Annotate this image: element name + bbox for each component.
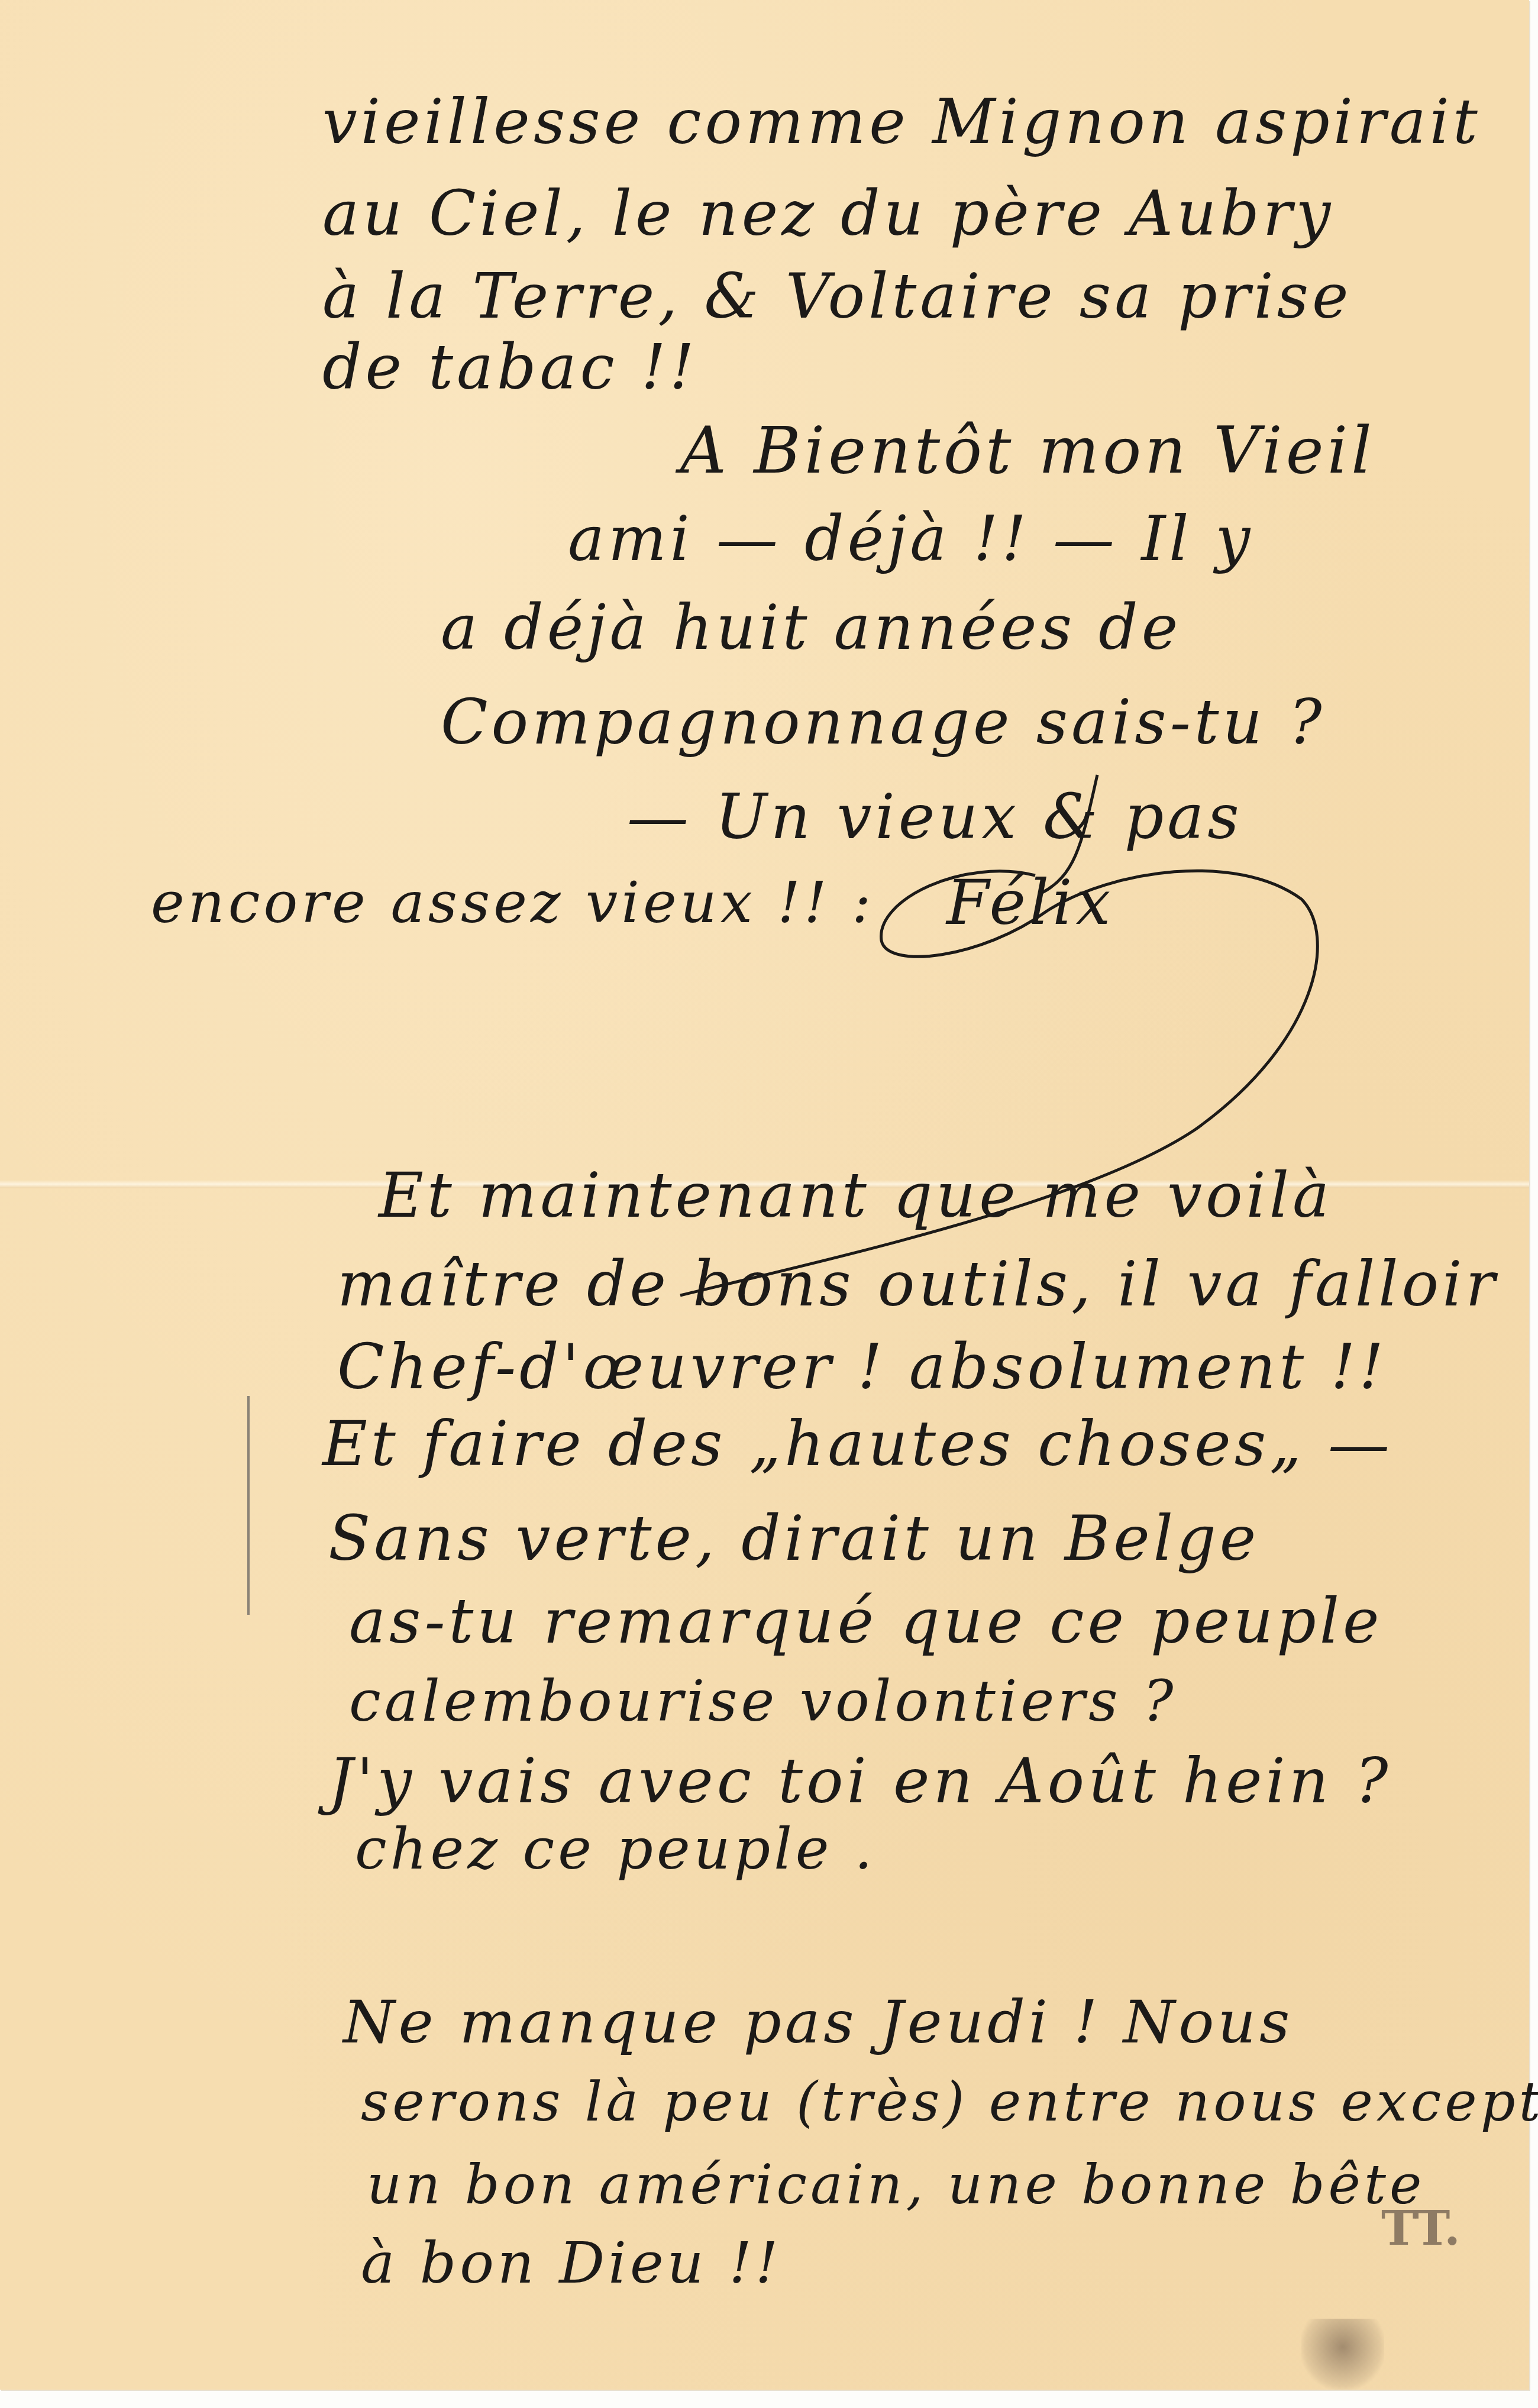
ink-smudge — [1301, 2319, 1384, 2390]
letter-line: maître de bons outils, il va falloir — [337, 1248, 1498, 1320]
letter-line: encore assez vieux !! : — [151, 870, 874, 936]
letter-line: à bon Dieu !! — [361, 2230, 781, 2296]
letter-line: a déjà huit années de — [441, 592, 1181, 664]
letter-line: — Un vieux & pas — [627, 781, 1243, 853]
letter-line: vieillesse comme Mignon aspirait — [322, 86, 1481, 158]
letter-line: as-tu remarqué que ce peuple — [349, 1585, 1383, 1657]
signature: Félix — [946, 867, 1114, 939]
letter-line: calembourise volontiers ? — [349, 1668, 1177, 1734]
letter-line: ami — déjà !! — Il y — [568, 503, 1253, 575]
letter-line: Et faire des „hautes choses„ — — [322, 1408, 1393, 1480]
margin-pencil-mark — [247, 1396, 250, 1615]
letter-line: au Ciel, le nez du père Aubry — [322, 177, 1334, 250]
letter-line: un bon américain, une bonne bête — [367, 2153, 1425, 2216]
letter-line: de tabac !! — [322, 331, 697, 403]
letter-line: chez ce peuple . — [355, 1816, 876, 1882]
letter-line: J'y vais avec toi en Août hein ? — [328, 1745, 1392, 1817]
letter-line: Compagnonnage sais-tu ? — [441, 686, 1325, 758]
letter-line: Chef-d'œuvrer ! absolument !! — [337, 1331, 1387, 1403]
letter-line: serons là peu (très) entre nous excepté — [361, 2070, 1538, 2134]
letter-line: A Bientôt mon Vieil — [680, 414, 1375, 488]
letter-line: Ne manque pas Jeudi ! Nous — [343, 1987, 1293, 2057]
letter-line: Et maintenant que me voilà — [379, 1159, 1333, 1232]
collection-stamp: TT. — [1381, 2200, 1461, 2256]
letter-line: à la Terre, & Voltaire sa prise — [322, 260, 1352, 332]
letter-line: Sans verte, dirait un Belge — [328, 1502, 1259, 1575]
